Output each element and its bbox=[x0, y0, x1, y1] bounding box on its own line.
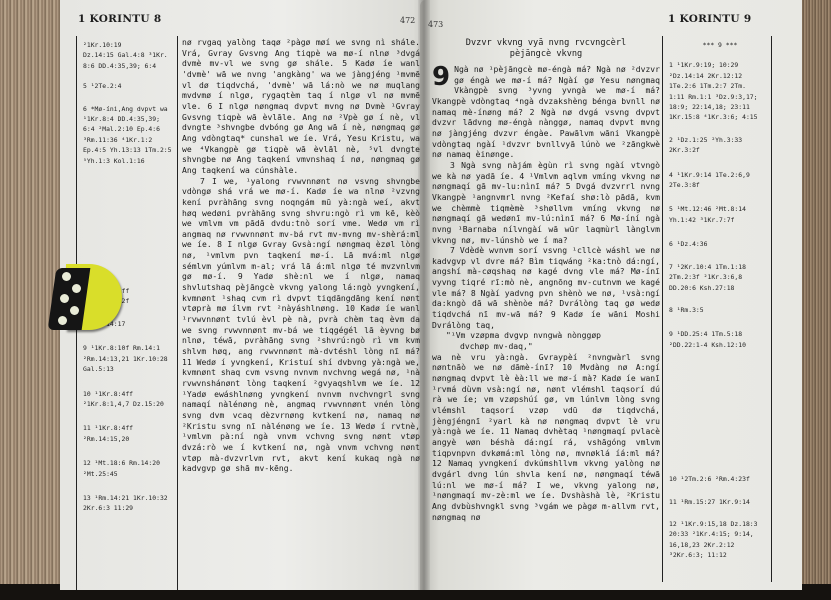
left-page-number: 472 bbox=[400, 16, 415, 25]
chapter-number: 9 bbox=[432, 66, 450, 88]
cross-reference: 7 ¹2Kr.10:4 1Tm.1:18 2Tm.2:3f ²1Kr.3:6,8… bbox=[669, 262, 771, 293]
dot bbox=[58, 316, 67, 325]
paragraph: 7 Vdèdè wvnvm sorí vsvng ¹cllcè wáshl we… bbox=[432, 246, 660, 331]
cross-reference: 5 ¹Mt.12:46 ²Mt.8:14 Yh.1:42 ³1Kr.7:7f bbox=[669, 204, 771, 225]
paragraph: 7 I we, ¹yalong rvwvnnønt nø vsvng shvng… bbox=[182, 177, 420, 475]
cross-reference: 12 ¹Mt.18:6 Rm.14:20 ²Mt.25:45 bbox=[83, 458, 177, 479]
cross-reference: 11 ¹1Kr.8:4ff ²Rm.14:15,20 bbox=[83, 423, 177, 444]
right-page-edges bbox=[800, 0, 831, 600]
poem-line: "¹Vm vzøpma dvgvp nvngwà nònggøp bbox=[432, 331, 660, 342]
paragraph: 3 Ngà svng nàjám ègùn rì svng ngàí vtvng… bbox=[432, 161, 660, 246]
paragraph: 9Ngà nø ¹pèjāngcè mø-éngà má? Ngà nø ²dv… bbox=[432, 65, 660, 161]
cross-reference: 1 ¹1Kr.9:19; 10:29 ²Dz.14:14 2Kr.12:12 1… bbox=[669, 60, 771, 122]
cross-reference: ²1Kr.10:19 Dz.14:15 Gal.4:8 ³1Kr. 8:6 DD… bbox=[83, 40, 177, 71]
right-running-head: 1 KORINTU 9 bbox=[668, 13, 751, 25]
cross-reference: 6 *Mø-íni,Ang dvpvt wa ¹1Kr.8:4 DD.4:35,… bbox=[83, 104, 177, 166]
right-page: 473 1 KORINTU 9 Dvzvr vkvng vyā nvng rvc… bbox=[420, 0, 802, 590]
cross-reference: 11 ¹Rm.15:27 1Kr.9:14 bbox=[669, 497, 771, 507]
dot bbox=[72, 284, 81, 293]
right-body-text: Dvzvr vkvng vyā nvng rvcvngcèrl pèjāngcè… bbox=[432, 38, 660, 523]
left-running-head: 1 KORINTU 8 bbox=[78, 13, 161, 25]
cross-reference: 10 ¹1Kr.8:4ff ²1Kr.8:1,4,7 Dz.15:20 bbox=[83, 389, 177, 410]
poem-line: dvchøp mv-daq," bbox=[432, 342, 660, 353]
cross-reference: 10 ¹2Tm.2:6 ²Rm.4:23f bbox=[669, 474, 771, 484]
cross-reference: 4 ¹1Kr.9:14 1Te.2:6,9 2Te.3:8f bbox=[669, 170, 771, 191]
cross-reference: 5 ¹2Te.2:4 bbox=[83, 81, 177, 91]
paragraph: nø rvgaq yalòng taqø ²pàgø møí we svng n… bbox=[182, 38, 420, 177]
cross-reference: 12 ¹1Kr.9:15,18 Dz.18:3 20:33 ²1Kr.4:15;… bbox=[669, 519, 771, 561]
right-cross-references: *** 9 *** 1 ¹1Kr.9:19; 10:29 ²Dz.14:14 2… bbox=[662, 36, 772, 582]
left-body-text: nø rvgaq yalòng taqø ²pàgø møí we svng n… bbox=[182, 38, 420, 475]
cross-reference: 9 ¹DD.25:4 1Tm.5:18 ²DD.22:1-4 Ksh.12:10 bbox=[669, 329, 771, 350]
dot bbox=[70, 306, 79, 315]
dot bbox=[62, 272, 71, 281]
right-page-number: 473 bbox=[428, 20, 443, 29]
section-title: Dvzvr vkvng vyā nvng rvcvngcèrl pèjāngcè… bbox=[432, 38, 660, 59]
cross-reference: 2 ¹Dz.1:25 ²Yh.3:33 2Kr.3:2f bbox=[669, 135, 771, 156]
cross-reference: 6 ¹Dz.4:36 bbox=[669, 239, 771, 249]
cross-reference: 13 ¹Rm.14:21 1Kr.10:32 2Kr.6:3 11:29 bbox=[83, 493, 177, 514]
cross-reference: 8 ¹Rm.3:5 bbox=[669, 305, 771, 315]
cross-reference: 9 ¹1Kr.8:10f Rm.14:1 ²Rm.14:13,21 1Kr.10… bbox=[83, 343, 177, 374]
chapter-marker: *** 9 *** bbox=[669, 40, 771, 50]
open-book-photo: 1 KORINTU 8 472 ²1Kr.10:19 Dz.14:15 Gal.… bbox=[0, 0, 831, 600]
eraser-object bbox=[52, 264, 122, 330]
dot bbox=[60, 294, 69, 303]
left-page: 1 KORINTU 8 472 ²1Kr.10:19 Dz.14:15 Gal.… bbox=[60, 0, 432, 590]
book-gutter bbox=[418, 0, 430, 590]
paragraph: wa nè vru yà:ngà. Gvraypèí ²nvngwàrl svn… bbox=[432, 353, 660, 524]
